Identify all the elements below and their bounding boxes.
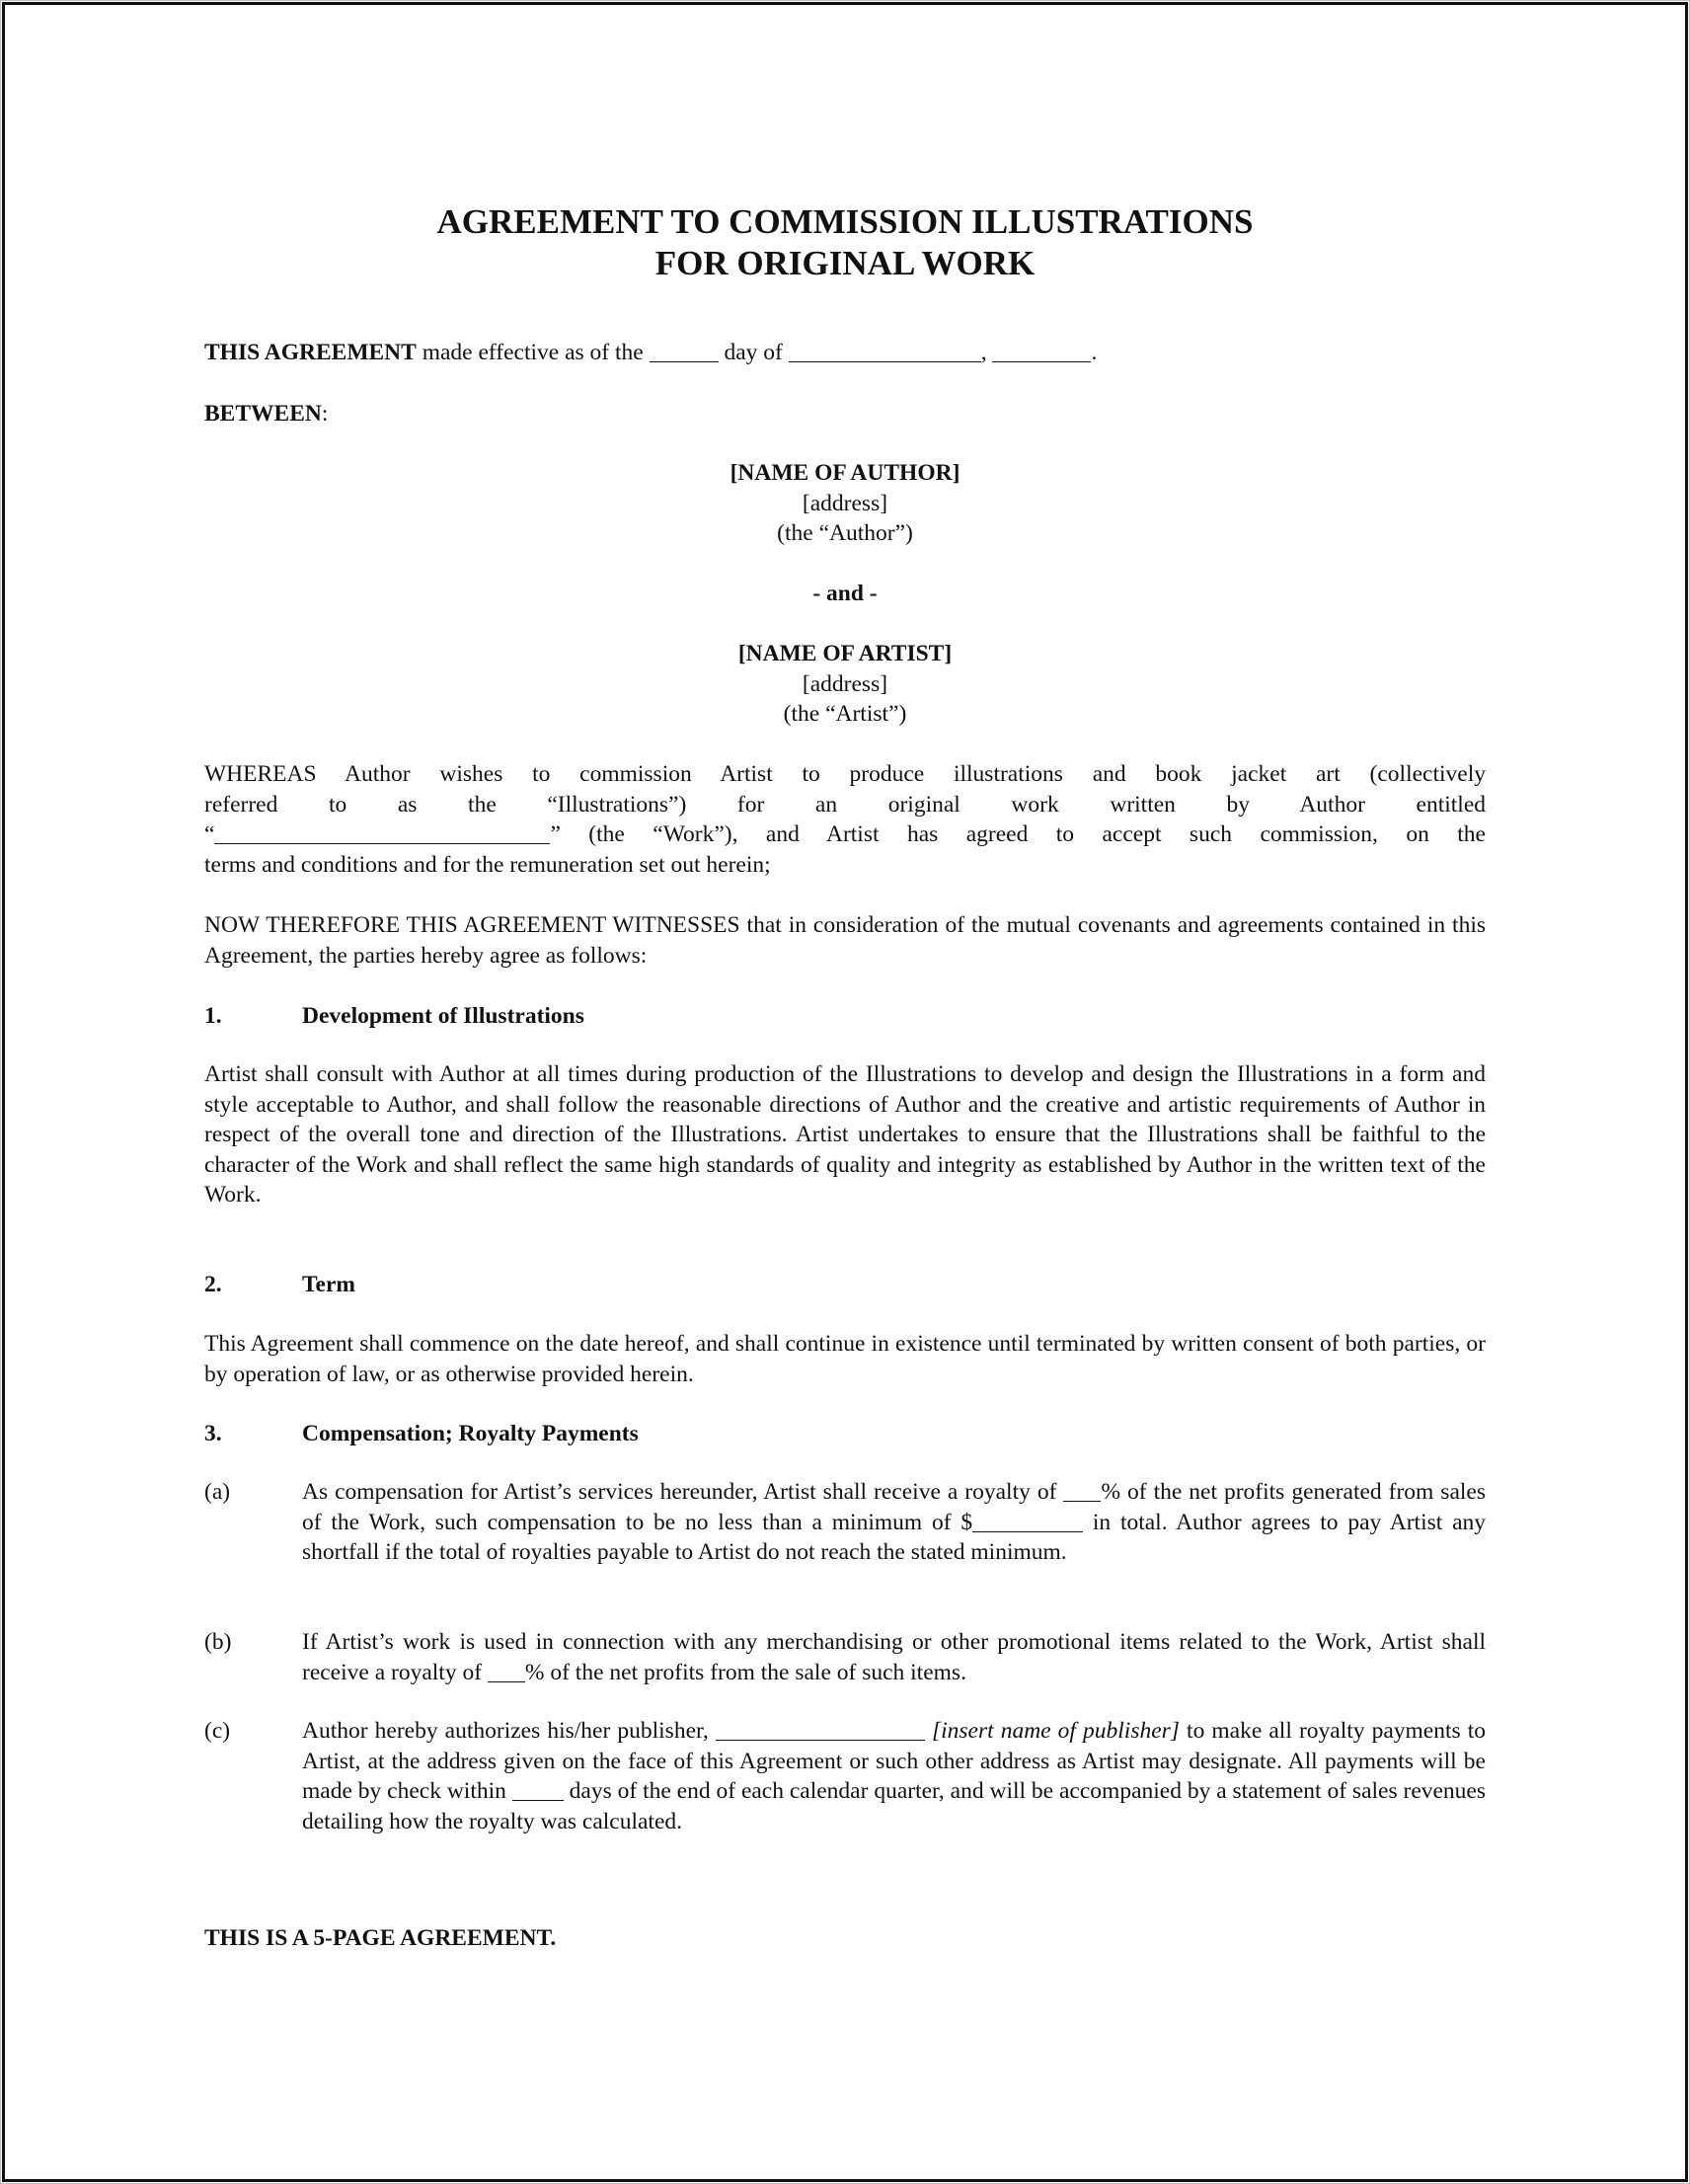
- section-title: Development of Illustrations: [302, 1001, 584, 1032]
- item-label: (c): [204, 1716, 230, 1747]
- work-title-blank: [214, 820, 550, 845]
- effective-text: ,: [981, 340, 993, 365]
- effective-date-line: THIS AGREEMENT made effective as of the …: [204, 338, 1486, 368]
- year-blank: [992, 339, 1091, 363]
- whereas-line-2: referred to as the “Illustrations”) for …: [204, 790, 1486, 820]
- whereas-line-4: terms and conditions and for the remuner…: [204, 850, 1486, 881]
- section-number: 1.: [204, 1001, 222, 1032]
- item-label: (a): [204, 1477, 230, 1508]
- day-blank: [650, 339, 719, 363]
- effective-text: .: [1091, 340, 1097, 365]
- item-text: As compensation for Artist’s services he…: [302, 1477, 1486, 1568]
- author-alias: (the “Author”): [204, 518, 1486, 549]
- minimum-amount-blank: [972, 1508, 1083, 1532]
- section-title: Term: [302, 1270, 355, 1300]
- title-line-2: FOR ORIGINAL WORK: [204, 243, 1486, 284]
- month-blank: [789, 339, 981, 363]
- document-title: AGREEMENT TO COMMISSION ILLUSTRATIONS FO…: [204, 201, 1486, 284]
- section-title: Compensation; Royalty Payments: [302, 1419, 639, 1449]
- item-text: If Artist’s work is used in connection w…: [302, 1627, 1486, 1687]
- section-1-heading: 1. Development of Illustrations: [204, 1001, 1486, 1032]
- section-2-heading: 2. Term: [204, 1270, 1486, 1300]
- whereas-line-3-text: ” (the “Work”), and Artist has agreed to…: [550, 821, 1486, 847]
- whereas-paragraph: WHEREAS Author wishes to commission Arti…: [204, 759, 1486, 880]
- whereas-line-1: WHEREAS Author wishes to commission Arti…: [204, 759, 1486, 790]
- party-author: [NAME OF AUTHOR] [address] (the “Author”…: [204, 458, 1486, 549]
- effective-text: made effective as of the: [417, 340, 650, 365]
- page-count-note: THIS IS A 5-PAGE AGREEMENT.: [204, 1923, 1486, 1954]
- between-label: BETWEEN:: [204, 399, 1486, 429]
- royalty-percent-blank: [1063, 1478, 1101, 1503]
- days-blank: [512, 1777, 564, 1802]
- publisher-blank: [716, 1717, 925, 1742]
- merch-percent-blank: [488, 1658, 525, 1682]
- section-1-body: Artist shall consult with Author at all …: [204, 1059, 1486, 1210]
- effective-lead: THIS AGREEMENT: [204, 340, 417, 365]
- item-label: (b): [204, 1627, 231, 1658]
- artist-address: [address]: [204, 669, 1486, 700]
- artist-alias: (the “Artist”): [204, 699, 1486, 730]
- item-text: Author hereby authorizes his/her publish…: [302, 1716, 1486, 1836]
- between-text: BETWEEN: [204, 401, 322, 427]
- title-line-1: AGREEMENT TO COMMISSION ILLUSTRATIONS: [204, 201, 1486, 243]
- section-3-heading: 3. Compensation; Royalty Payments: [204, 1419, 1486, 1449]
- section-number: 3.: [204, 1419, 222, 1449]
- effective-text: day of: [719, 340, 789, 365]
- between-colon: :: [322, 401, 329, 427]
- quote-open: “: [204, 821, 214, 847]
- section-2-body: This Agreement shall commence on the dat…: [204, 1329, 1486, 1389]
- artist-name: [NAME OF ARTIST]: [204, 639, 1486, 669]
- publisher-placeholder: [insert name of publisher]: [932, 1718, 1180, 1744]
- section-number: 2.: [204, 1270, 222, 1300]
- and-separator: - and -: [204, 579, 1486, 609]
- author-address: [address]: [204, 489, 1486, 519]
- author-name: [NAME OF AUTHOR]: [204, 458, 1486, 489]
- now-therefore-paragraph: NOW THEREFORE THIS AGREEMENT WITNESSES t…: [204, 910, 1486, 971]
- whereas-line-3: “” (the “Work”), and Artist has agreed t…: [204, 819, 1486, 850]
- party-artist: [NAME OF ARTIST] [address] (the “Artist”…: [204, 639, 1486, 730]
